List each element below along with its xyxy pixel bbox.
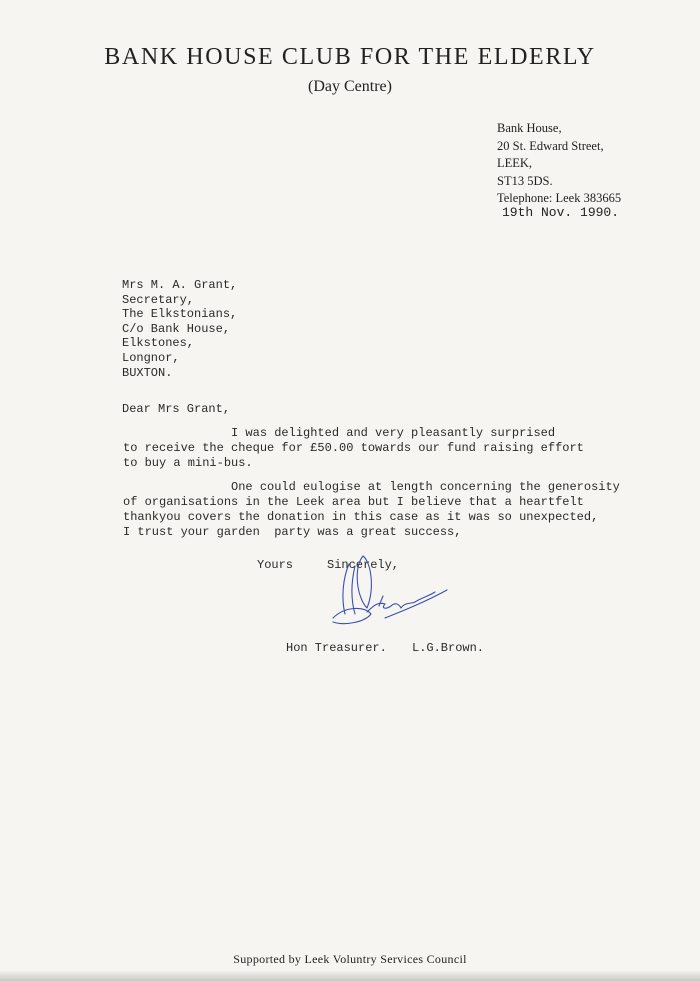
letterhead-title: BANK HOUSE CLUB FOR THE ELDERLY (0, 44, 700, 71)
recipient-line: Longnor, (122, 351, 237, 366)
body-paragraph-2: One could eulogise at length concerning … (123, 480, 620, 540)
signatory-title: Hon Treasurer. (286, 641, 387, 655)
signatory-name: L.G.Brown. (412, 641, 484, 655)
recipient-line: C/o Bank House, (122, 322, 237, 337)
body-line: to receive the cheque for £50.00 towards… (123, 441, 584, 456)
sender-address: Bank House, 20 St. Edward Street, LEEK, … (497, 120, 621, 208)
address-line: LEEK, (497, 155, 621, 173)
recipient-line: BUXTON. (122, 366, 237, 381)
body-line: of organisations in the Leek area but I … (123, 495, 620, 510)
page-edge-shadow (0, 970, 700, 981)
letterhead-subtitle: (Day Centre) (0, 78, 700, 96)
address-line: Bank House, (497, 120, 621, 138)
body-line: I trust your garden party was a great su… (123, 525, 620, 540)
letter-date: 19th Nov. 1990. (502, 205, 619, 220)
recipient-line: The Elkstonians, (122, 307, 237, 322)
address-line: 20 St. Edward Street, (497, 138, 621, 156)
salutation: Dear Mrs Grant, (122, 402, 230, 416)
handwritten-signature (305, 548, 465, 633)
recipient-line: Secretary, (122, 293, 237, 308)
footer-note: Supported by Leek Voluntry Services Coun… (0, 952, 700, 967)
body-line: to buy a mini-bus. (123, 456, 584, 471)
recipient-line: Elkstones, (122, 336, 237, 351)
body-paragraph-1: I was delighted and very pleasantly surp… (123, 426, 584, 471)
closing-yours: Yours (257, 558, 293, 572)
body-line: One could eulogise at length concerning … (123, 480, 620, 495)
address-line: ST13 5DS. (497, 173, 621, 191)
recipient-address: Mrs M. A. Grant, Secretary, The Elkstoni… (122, 278, 237, 380)
recipient-line: Mrs M. A. Grant, (122, 278, 237, 293)
body-line: I was delighted and very pleasantly surp… (123, 426, 584, 441)
body-line: thankyou covers the donation in this cas… (123, 510, 620, 525)
